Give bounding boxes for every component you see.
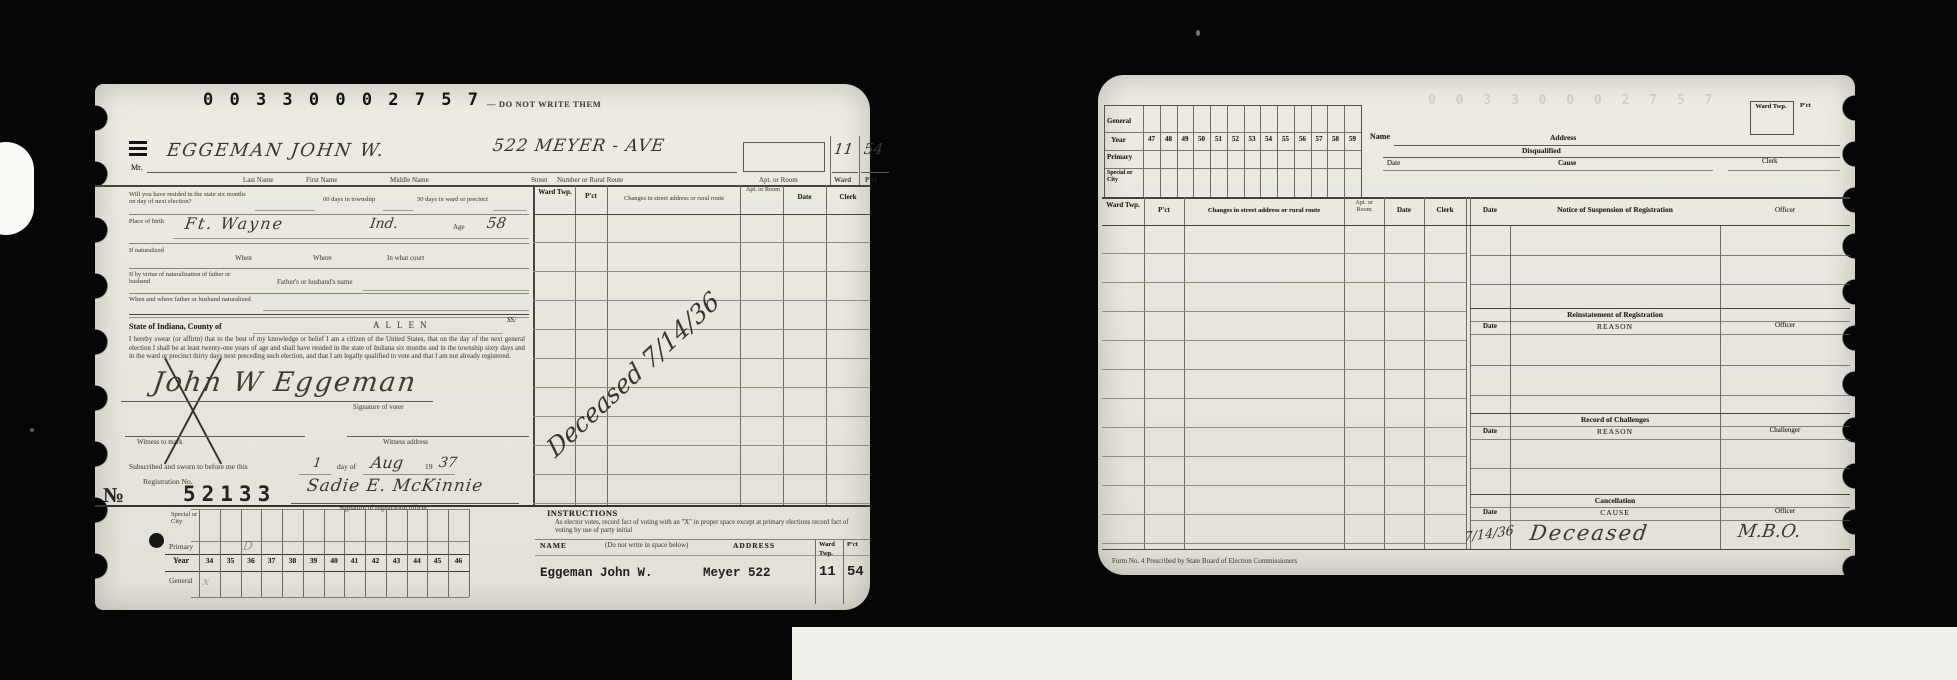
table-top-rule	[1102, 197, 1850, 199]
year-cell: 58	[1327, 136, 1344, 144]
bottom-section-rule	[95, 505, 870, 507]
reinst-officer-label: Officer	[1720, 322, 1850, 330]
bottom-white-strip	[792, 627, 1957, 680]
year-cell: 51	[1210, 136, 1227, 144]
virtue-label: If by virtue of naturalization of father…	[129, 271, 241, 285]
grid-vline	[1311, 106, 1312, 198]
cancellation-title: Cancellation	[1510, 497, 1720, 505]
instructions-body: As elector votes, record fact of voting …	[555, 519, 863, 535]
row-rule	[129, 293, 529, 294]
grid-vline	[1294, 106, 1295, 198]
year-cell: 34	[199, 557, 220, 565]
year-cell: 57	[1311, 136, 1327, 144]
col-clerk: Clerk	[826, 194, 870, 202]
name-line	[1394, 145, 1840, 146]
header-rule	[1470, 507, 1850, 508]
ward-label: Ward	[834, 177, 851, 185]
grid-vline	[1160, 106, 1161, 198]
half-divider	[1466, 197, 1467, 549]
typed-ward: 11	[819, 564, 836, 580]
answer-blank	[383, 210, 413, 211]
row-rule	[1470, 308, 1850, 309]
answer-blank	[263, 310, 529, 311]
year-cell: 49	[1177, 136, 1193, 144]
year-cell: 40	[324, 557, 344, 565]
canc-officer-label: Officer	[1720, 508, 1850, 516]
col-date: Date	[1384, 207, 1424, 215]
residence-question: Will you have resided in the state six m…	[129, 191, 251, 206]
number-label: Number or Rural Route	[557, 177, 623, 185]
col-date: Date	[783, 194, 826, 202]
row-rule	[1470, 468, 1850, 469]
year-cell: 52	[1227, 136, 1244, 144]
col-pct: P'ct	[575, 193, 607, 201]
form-note: Form No. 4 Prescribed by State Board of …	[1112, 558, 1297, 566]
year-prefix: 19	[425, 463, 433, 471]
grid-vline	[324, 509, 325, 597]
empty-rows-left	[1102, 225, 1466, 544]
witness-address-line	[347, 436, 529, 437]
susp-date-label: Date	[1470, 207, 1510, 215]
county-blank	[253, 333, 503, 334]
typed-address: Meyer 522	[703, 566, 771, 580]
vote-grid-back: General Year Primary Special or City 47 …	[1104, 105, 1362, 199]
year-cell: 37	[261, 557, 282, 565]
year-cell: 39	[303, 557, 324, 565]
reinstatement-title: Reinstatement of Registration	[1510, 311, 1720, 319]
year-cell: 35	[220, 557, 241, 565]
special-row-label: Special or City	[171, 511, 201, 526]
written-address: 522 MEYER - AVE	[492, 136, 667, 156]
grid-line	[165, 554, 469, 555]
year-row-label: Year	[173, 557, 189, 566]
naturalized-label: If naturalized	[129, 247, 175, 254]
registration-number: 52133	[183, 482, 276, 506]
name-label: Name	[1370, 133, 1390, 142]
challenger-label: Challenger	[1720, 427, 1850, 435]
address-label: Address	[1550, 134, 1576, 142]
year-cell: 42	[365, 557, 386, 565]
col-apt: Apt. or Room	[745, 187, 781, 194]
no-write-note: (Do not write in space below)	[605, 542, 688, 550]
sworn-text: Subscribed and sworn to before me this	[129, 463, 248, 471]
half-divider	[1470, 197, 1471, 549]
pct-corner-label: P'ct	[1800, 102, 1811, 109]
year-cell: 53	[1244, 136, 1260, 144]
year-cell: 45	[427, 557, 448, 565]
registration-card-front: 0 0 3 3 0 0 0 2 7 5 7 — DO NOT WRITE THE…	[95, 84, 870, 610]
signature-underline	[121, 401, 433, 402]
header-rule	[1470, 426, 1850, 427]
grid-vline	[199, 509, 200, 597]
officer-signature: Sadie E. McKinnie	[306, 476, 485, 496]
primary-row-label: Primary	[1107, 154, 1132, 162]
divider	[859, 136, 860, 186]
dust-speck	[30, 428, 34, 432]
father-name-label: Father's or husband's name	[277, 279, 352, 287]
grid-vline	[261, 509, 262, 597]
witness-mark-line	[125, 436, 305, 437]
col-clerk: Clerk	[1424, 207, 1466, 215]
grid-vline	[469, 509, 470, 597]
written-pct: 54	[863, 140, 885, 158]
ward-underline	[832, 172, 858, 173]
punch-hole	[149, 533, 164, 548]
disqualified-label: Disqualified	[1522, 147, 1561, 155]
grid-vline	[1327, 106, 1328, 198]
primary-vote-mark: D	[242, 539, 254, 553]
row-rule	[129, 268, 529, 269]
grid-line	[191, 597, 469, 598]
col-changes: Changes in street address or rural route	[609, 195, 739, 202]
grid-vline	[1177, 106, 1178, 198]
changes-table: Ward Twp. P'ct Changes in street address…	[533, 185, 870, 505]
days30-label: 30 days in ward or precinct	[417, 196, 489, 203]
numero-sign: №	[103, 484, 124, 508]
year-cell: 59	[1344, 136, 1361, 144]
section-rule	[129, 317, 529, 318]
divider	[830, 136, 831, 186]
answer-blank	[255, 210, 315, 211]
typed-name: Eggeman John W.	[540, 566, 653, 580]
grid-vline	[448, 509, 449, 597]
twp-cap: Twp.	[819, 550, 833, 557]
first-name-label: First Name	[306, 177, 337, 185]
chal-reason-label: REASON	[1510, 428, 1720, 436]
typed-pct: 54	[847, 564, 864, 580]
canc-date-label: Date	[1470, 509, 1510, 517]
primary-row-label: Primary	[169, 543, 193, 551]
ward-divider	[815, 539, 816, 604]
grid-vline	[1244, 106, 1245, 198]
grid-vline	[407, 509, 408, 597]
col-apt: Apt. or Room	[1347, 200, 1381, 214]
registration-card-back: 0 0 3 3 0 0 0 2 7 5 7 General Year Prima…	[1098, 75, 1855, 575]
row-rule	[1470, 494, 1850, 495]
ss-label: SS:	[507, 317, 516, 325]
grid-vline	[282, 509, 283, 597]
reinst-date-label: Date	[1470, 323, 1510, 331]
answer-blank	[493, 210, 527, 211]
pob-state: Ind.	[369, 216, 399, 232]
month-blank	[363, 474, 455, 475]
header-rule	[1470, 439, 1850, 440]
chal-date-label: Date	[1470, 428, 1510, 436]
header-rule	[535, 539, 870, 540]
year-cell: 43	[386, 557, 407, 565]
grid-vline	[365, 509, 366, 597]
stamp-caption: — DO NOT WRITE THEM	[487, 100, 601, 110]
year-cell: 47	[1143, 136, 1160, 144]
where-label: Where	[313, 255, 332, 263]
county-stamp: ALLEN	[373, 320, 433, 330]
address-col-label: ADDRESS	[733, 542, 775, 550]
day-of-label: day of	[337, 463, 356, 471]
year-cell: 50	[1193, 136, 1210, 144]
year-cell: 48	[1160, 136, 1177, 144]
grid-vline	[427, 509, 428, 597]
row-rule	[1470, 284, 1850, 285]
grid-vline	[1277, 106, 1278, 198]
court-label: In what court	[387, 255, 424, 263]
col-changes: Changes in street address or rural route	[1184, 207, 1344, 214]
row-rule	[1470, 365, 1850, 366]
cancellation-cause-entry: Deceased	[1528, 521, 1650, 545]
header-rule	[1470, 334, 1850, 335]
ink-marks	[129, 141, 147, 158]
grid-vline	[344, 509, 345, 597]
row-rule	[1470, 413, 1850, 414]
when-label: When	[235, 255, 252, 263]
pct-cap: P'ct	[847, 541, 858, 548]
grid-vline	[1143, 106, 1144, 198]
name-col-label: NAME	[540, 542, 567, 550]
witness-address-label: Witness address	[383, 439, 428, 447]
pob-label: Place of birth	[129, 218, 169, 225]
father-nat-label: When and where father or husband natural…	[129, 296, 259, 303]
pob-value: Ft. Wayne	[184, 214, 286, 233]
cause-label: Cause	[1558, 160, 1576, 168]
apt-room-box	[743, 142, 825, 172]
year-cell: 38	[282, 557, 303, 565]
year-row-label: Year	[1111, 136, 1126, 144]
empty-rows	[533, 214, 870, 505]
written-ward: 11	[833, 140, 855, 158]
ward-cap: Ward	[819, 541, 835, 548]
row-rule	[129, 243, 529, 244]
written-name: EGGEMAN JOHN W.	[166, 140, 387, 161]
grid-vline	[1210, 106, 1211, 198]
pct-divider	[843, 539, 844, 604]
year-cell: 36	[241, 557, 261, 565]
name-underline	[147, 172, 737, 173]
instructions-block: INSTRUCTIONS As elector votes, record fa…	[535, 508, 870, 604]
sworn-year: 37	[438, 455, 458, 471]
cancellation-date-entry: 7/14/36	[1464, 523, 1514, 545]
cancellation-officer-entry: M.B.O.	[1737, 521, 1802, 542]
stamp-number: 0 0 3 3 0 0 0 2 7 5 7	[203, 90, 481, 110]
apt-room-label: Apt. or Room	[759, 177, 798, 185]
street-label: Street	[531, 177, 547, 185]
section-rule	[129, 314, 529, 315]
general-vote-mark: x	[202, 575, 210, 588]
answer-blank	[363, 290, 529, 291]
grid-vline	[1260, 106, 1261, 198]
ward-twp-label: Ward Twp.	[1752, 103, 1790, 110]
instructions-heading: INSTRUCTIONS	[547, 509, 618, 519]
pct-label: P'ct	[865, 177, 877, 185]
grid-vline	[1227, 106, 1228, 198]
year-cell: 55	[1277, 136, 1294, 144]
grid-vline	[1193, 106, 1194, 198]
col-ward-twp: Ward Twp.	[1102, 202, 1144, 210]
date-label: Date	[1387, 160, 1400, 168]
clerk-line	[1728, 170, 1840, 171]
special-row-label: Special or City	[1107, 170, 1137, 183]
susp-officer-label: Officer	[1720, 207, 1850, 215]
perforation-left-edge	[82, 84, 108, 610]
row-rule	[1470, 395, 1850, 396]
table-bottom-rule	[1102, 549, 1850, 550]
col-ward-twp: Ward Twp.	[535, 189, 575, 197]
film-edge-blob	[0, 142, 34, 235]
age-value: 58	[486, 214, 508, 232]
year-cell: 56	[1294, 136, 1311, 144]
signature-of-voter-label: Signature of voter	[353, 404, 404, 412]
last-name-label: Last Name	[243, 177, 274, 185]
row-rule	[1470, 255, 1850, 256]
middle-name-label: Middle Name	[390, 177, 429, 185]
age-label: Age	[453, 224, 465, 232]
grid-vline	[220, 509, 221, 597]
challenges-title: Record of Challenges	[1510, 416, 1720, 424]
year-cell: 54	[1260, 136, 1277, 144]
general-row-label: General	[169, 577, 193, 585]
pct-underline	[861, 172, 889, 173]
reinst-reason-label: REASON	[1510, 323, 1720, 331]
grid-line	[165, 571, 469, 572]
year-cell: 46	[448, 557, 469, 565]
year-cell: 44	[407, 557, 427, 565]
grid-vline	[303, 509, 304, 597]
general-row-label: General	[1107, 118, 1131, 126]
header-rule	[1470, 321, 1850, 322]
grid-vline	[1344, 106, 1345, 198]
col-divider	[1720, 225, 1721, 549]
day-blank	[299, 474, 331, 475]
ghost-stamp: 0 0 3 3 0 0 0 2 7 5 7	[1428, 93, 1718, 108]
vote-grid: Special or City Primary Year General 34	[129, 509, 471, 599]
back-main-table: Ward Twp. P'ct Changes in street address…	[1102, 197, 1850, 549]
sworn-day: 1	[312, 456, 322, 471]
canc-cause-label: CAUSE	[1510, 509, 1720, 517]
clerk-label: Clerk	[1762, 158, 1778, 166]
mr-label: Mr.	[131, 164, 142, 173]
col-pct: P'ct	[1144, 207, 1184, 215]
sworn-month: Aug	[370, 453, 405, 472]
answer-blank	[173, 238, 529, 239]
oath-heading: State of Indiana, County of	[129, 323, 222, 332]
voter-signature: John W Eggeman	[151, 367, 419, 398]
oath-body: I hereby swear (or affirm) that to the b…	[129, 336, 525, 362]
suspension-title: Notice of Suspension of Registration	[1510, 206, 1720, 214]
dust-speck	[1196, 30, 1200, 36]
year-cell: 41	[344, 557, 365, 565]
grid-vline	[386, 509, 387, 597]
cause-line	[1383, 170, 1713, 171]
witness-mark-label: Witness to mark	[137, 439, 183, 447]
microfilm-scan: 0 0 3 3 0 0 0 2 7 5 7 — DO NOT WRITE THE…	[0, 0, 1957, 680]
grid-vline	[241, 509, 242, 597]
days60-label: 60 days in township	[323, 196, 381, 203]
